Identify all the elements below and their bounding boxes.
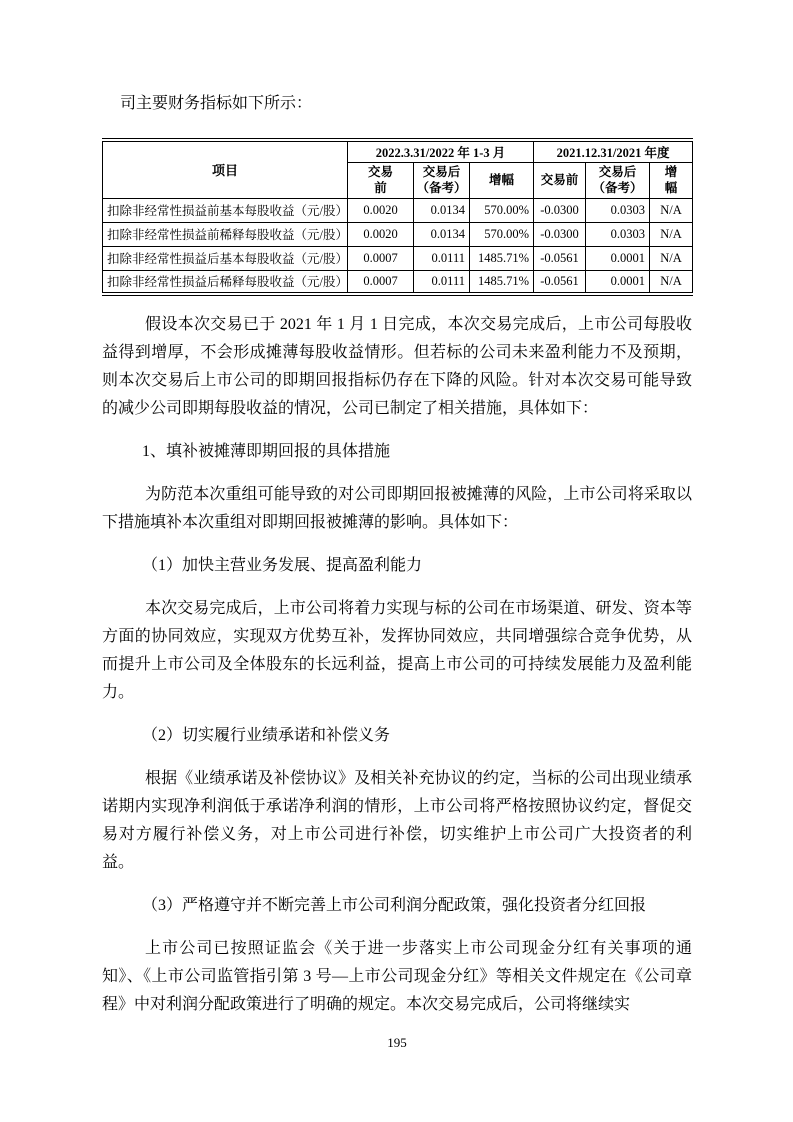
row-item-label: 扣除非经常性损益前稀释每股收益（元/股） xyxy=(103,222,348,246)
cell-value: 570.00% xyxy=(470,222,534,246)
table-row: 扣除非经常性损益前基本每股收益（元/股） 0.0020 0.0134 570.0… xyxy=(103,198,693,222)
cell-value: 0.0303 xyxy=(586,198,650,222)
subheading-2-performance-commitment: （2）切实履行业绩承诺和补偿义务 xyxy=(102,722,692,750)
cell-value: 0.0001 xyxy=(586,270,650,294)
column-header-pre-deal-2022: 交易 前 xyxy=(348,163,414,199)
column-header-post-deal-2021: 交易后 （备考） xyxy=(586,163,650,199)
row-item-label: 扣除非经常性损益后基本每股收益（元/股） xyxy=(103,246,348,270)
cell-value: 570.00% xyxy=(470,198,534,222)
cell-value: 0.0111 xyxy=(414,246,470,270)
cell-value: N/A xyxy=(650,270,693,294)
paragraph-business-synergy: 本次交易完成后，上市公司将着力实现与标的公司在市场渠道、研发、资本等方面的协同效… xyxy=(102,595,692,707)
paragraph-assumption: 假设本次交易已于 2021 年 1 月 1 日完成，本次交易完成后，上市公司每股… xyxy=(102,311,692,423)
column-header-change-2021: 增 幅 xyxy=(650,163,693,199)
cell-value: -0.0300 xyxy=(534,222,586,246)
cell-value: 1485.71% xyxy=(470,246,534,270)
cell-value: N/A xyxy=(650,246,693,270)
cell-value: N/A xyxy=(650,222,693,246)
paragraph-compensation-obligation: 根据《业绩承诺及补偿协议》及相关补充协议的约定，当标的公司出现业绩承诺期内实现净… xyxy=(102,765,692,877)
column-header-change-2022: 增幅 xyxy=(470,163,534,199)
column-group-2022-q1: 2022.3.31/2022 年 1-3 月 xyxy=(348,140,534,163)
table-row: 扣除非经常性损益前稀释每股收益（元/股） 0.0020 0.0134 570.0… xyxy=(103,222,693,246)
cell-value: 1485.71% xyxy=(470,270,534,294)
row-item-label: 扣除非经常性损益后稀释每股收益（元/股） xyxy=(103,270,348,294)
column-header-item: 项目 xyxy=(103,140,348,198)
intro-line: 司主要财务指标如下所示： xyxy=(102,90,692,118)
column-header-post-deal-2022: 交易后 （备考） xyxy=(414,163,470,199)
subheading-3-dividend-policy: （3）严格遵守并不断完善上市公司利润分配政策，强化投资者分红回报 xyxy=(102,892,692,920)
cell-value: 0.0303 xyxy=(586,222,650,246)
cell-value: N/A xyxy=(650,198,693,222)
cell-value: 0.0020 xyxy=(348,222,414,246)
cell-value: -0.0561 xyxy=(534,270,586,294)
paragraph-dividend-regulations: 上市公司已按照证监会《关于进一步落实上市公司现金分红有关事项的通知》、《上市公司… xyxy=(102,935,692,1019)
column-group-2021-annual: 2021.12.31/2021 年度 xyxy=(534,140,693,163)
cell-value: 0.0007 xyxy=(348,246,414,270)
cell-value: 0.0111 xyxy=(414,270,470,294)
column-header-pre-deal-2021: 交易前 xyxy=(534,163,586,199)
document-page: 司主要财务指标如下所示： 项目 2022.3.31/2022 年 1-3 月 2… xyxy=(0,0,793,1122)
cell-value: 0.0134 xyxy=(414,198,470,222)
cell-value: -0.0300 xyxy=(534,198,586,222)
cell-value: 0.0134 xyxy=(414,222,470,246)
cell-value: 0.0020 xyxy=(348,198,414,222)
paragraph-measures-intro: 为防范本次重组可能导致的对公司即期回报被摊薄的风险，上市公司将采取以下措施填补本… xyxy=(102,481,692,537)
heading-dilution-measures: 1、填补被摊薄即期回报的具体措施 xyxy=(102,438,692,466)
table-row: 扣除非经常性损益后基本每股收益（元/股） 0.0007 0.0111 1485.… xyxy=(103,246,693,270)
page-number: 195 xyxy=(102,1034,692,1052)
row-item-label: 扣除非经常性损益前基本每股收益（元/股） xyxy=(103,198,348,222)
table-row: 扣除非经常性损益后稀释每股收益（元/股） 0.0007 0.0111 1485.… xyxy=(103,270,693,294)
subheading-1-business-growth: （1）加快主营业务发展、提高盈利能力 xyxy=(102,552,692,580)
financial-indicators-table: 项目 2022.3.31/2022 年 1-3 月 2021.12.31/202… xyxy=(102,138,693,296)
cell-value: 0.0007 xyxy=(348,270,414,294)
cell-value: 0.0001 xyxy=(586,246,650,270)
cell-value: -0.0561 xyxy=(534,246,586,270)
table-header-group-row: 项目 2022.3.31/2022 年 1-3 月 2021.12.31/202… xyxy=(103,140,693,163)
